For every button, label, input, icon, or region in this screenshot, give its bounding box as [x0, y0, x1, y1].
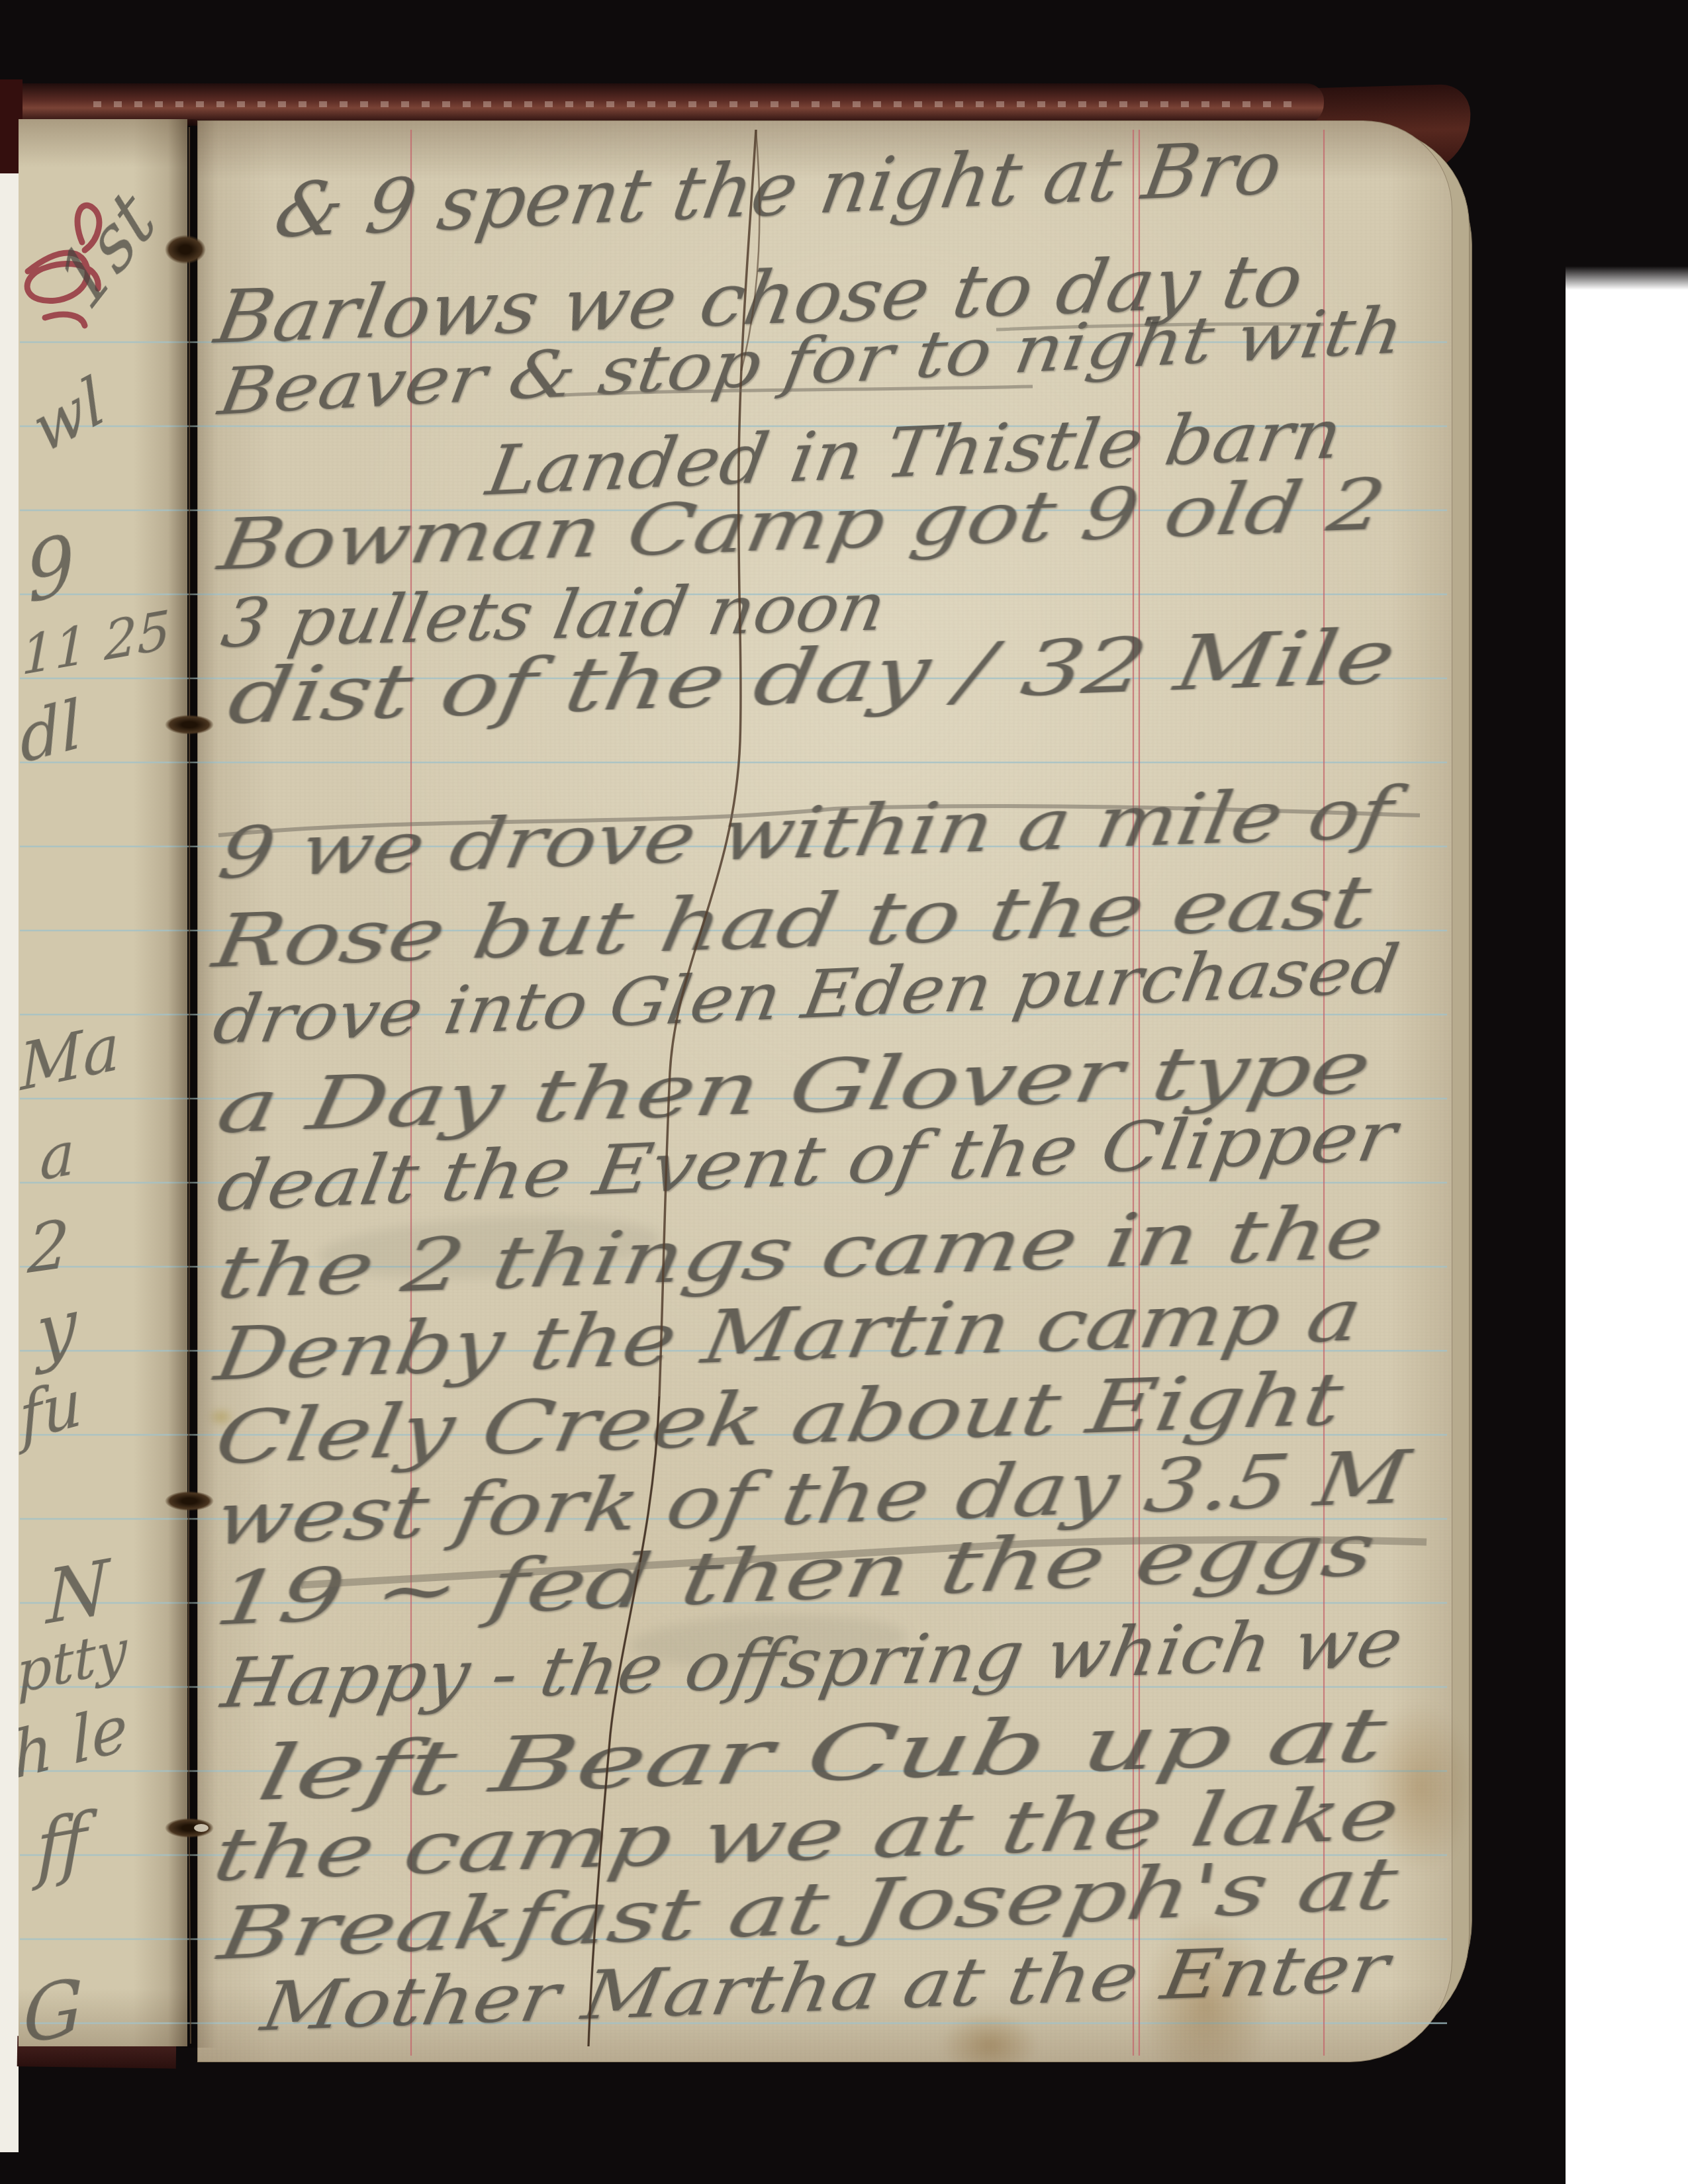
scanned-diary-photo: 1stwl911 25dlMaa2yfuNpttyh leffG & 9 spe…: [0, 0, 1688, 2184]
stain: [1364, 1701, 1476, 1873]
stain: [208, 1408, 234, 1426]
stain: [1140, 1913, 1272, 2098]
handwriting-line: & 9 spent the night at Bro: [269, 124, 1288, 255]
stain: [940, 2012, 1039, 2078]
